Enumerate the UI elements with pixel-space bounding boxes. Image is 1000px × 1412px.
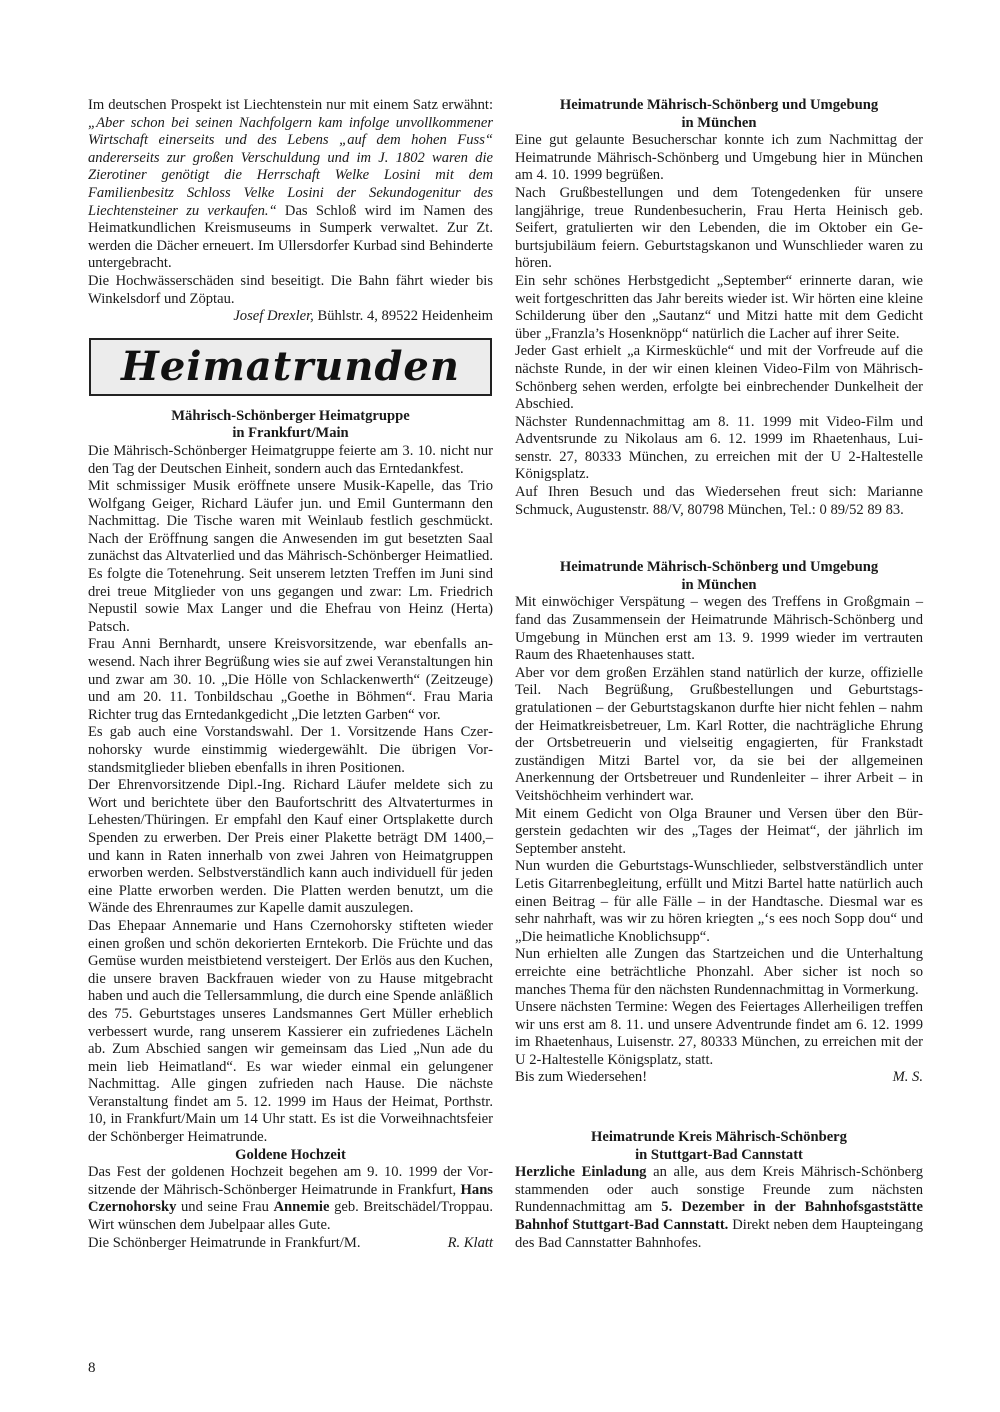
paragraph: Mit schmissiger Musik eröffnete unsere M… — [88, 478, 493, 636]
paragraph: Herzliche Einladung an alle, aus dem Kre… — [515, 1164, 923, 1252]
banner-title: Heimatrunden — [121, 358, 460, 376]
paragraph: Frau Anni Bernhardt, unsere Kreisvorsitz… — [88, 636, 493, 724]
author-signature: M. S. — [893, 1069, 923, 1087]
paragraph: Jeder Gast erhielt „a Kirmesküchle“ und … — [515, 343, 923, 413]
paragraph: Nun erhielten alle Zungen das Startzeich… — [515, 946, 923, 999]
paragraph: Aber vor dem großen Erzählen stand natür… — [515, 665, 923, 806]
paragraph: Unsere nächsten Termine: Wegen des Feier… — [515, 999, 923, 1069]
paragraph: Auf Ihren Besuch und das Wiedersehen fre… — [515, 484, 923, 519]
paragraph: Die Mährisch-Schönberger Heimatgruppe fe… — [88, 443, 493, 478]
author-signature: Josef Drexler, Bühlstr. 4, 89522 Heidenh… — [88, 308, 493, 326]
paragraph: Das Fest der goldenen Hochzeit begehen a… — [88, 1164, 493, 1234]
closing-line: Bis zum Wiedersehen!M. S. — [515, 1069, 923, 1087]
paragraph: Ein sehr schönes Herbstgedicht „Septembe… — [515, 273, 923, 343]
paragraph: Es gab auch eine Vorstandswahl. Der 1. V… — [88, 724, 493, 777]
author-signature: R. Klatt — [448, 1235, 493, 1253]
paragraph: Eine gut gelaunte Besucherschar konnte i… — [515, 132, 923, 185]
right-column: Heimatrunde Mährisch-Schönberg und Umgeb… — [515, 97, 923, 1252]
article-heading-muenchen-2: Heimatrunde Mährisch-Schönberg und Umgeb… — [515, 559, 923, 594]
article-heading-frankfurt: Mährisch-Schönberger Heimatgruppein Fran… — [88, 408, 493, 443]
paragraph: Nun wurden die Geburtstags-Wunschlieder,… — [515, 858, 923, 946]
paragraph: Nächster Rundennachmittag am 8. 11. 1999… — [515, 414, 923, 484]
spacer — [515, 519, 923, 559]
page-number: 8 — [88, 1360, 96, 1377]
paragraph: Der Ehrenvorsitzende Dipl.-Ing. Richard … — [88, 777, 493, 918]
paragraph: Mit einem Gedicht von Olga Brauner und V… — [515, 806, 923, 859]
article-heading-stuttgart: Heimatrunde Kreis Mährisch-Schönbergin S… — [515, 1129, 923, 1164]
spacer — [515, 1087, 923, 1129]
left-column: Im deutschen Prospekt ist Liechtenstein … — [88, 97, 493, 1252]
intro-paragraph-2: Die Hochwässerschäden sind beseitigt. Di… — [88, 273, 493, 308]
paragraph: Das Ehepaar Annemarie und Hans Czernohor… — [88, 918, 493, 1147]
paragraph: Mit einwöchiger Verspätung – wegen des T… — [515, 594, 923, 664]
subheading-goldene-hochzeit: Goldene Hochzeit — [88, 1147, 493, 1165]
closing-line: Die Schönberger Heimatrunde in Frankfurt… — [88, 1235, 493, 1253]
article-heading-muenchen-1: Heimatrunde Mährisch-Schönberg und Umgeb… — [515, 97, 923, 132]
paragraph: Nach Grußbestellungen und dem Totengeden… — [515, 185, 923, 273]
section-banner: Heimatrunden — [89, 338, 492, 396]
intro-paragraph: Im deutschen Prospekt ist Liechtenstein … — [88, 97, 493, 273]
